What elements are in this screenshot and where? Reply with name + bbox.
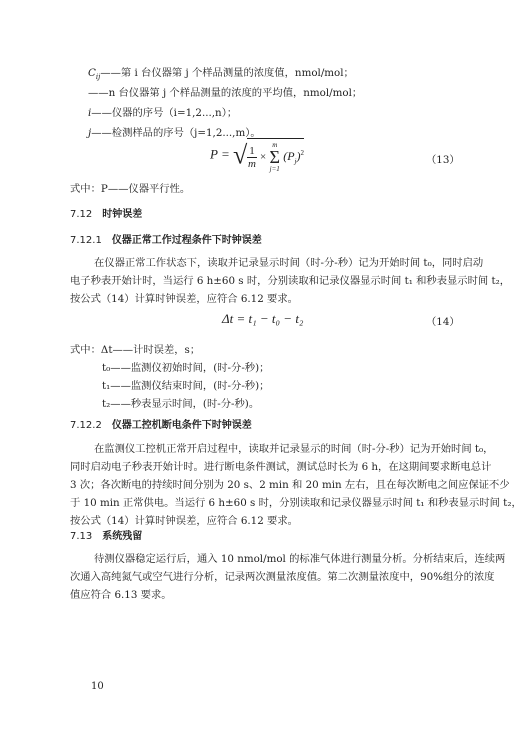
definition-t2: t₂——秒表显示时间，(时-分-秒)。	[102, 397, 259, 411]
heading-7-12-1: 7.12.1仪器正常工作过程条件下时钟误差	[70, 234, 262, 248]
page-number: 10	[91, 681, 104, 692]
paragraph-7-13-line: 值应符合 6.13 要求。	[70, 588, 172, 602]
paragraph-7-12-1-line: 在仪器正常工作状态下，读取并记录显示时间（时-分-秒）记为开始时间 t₀，同时启…	[94, 256, 483, 270]
heading-7-12-2: 7.12.2仪器工控机断电条件下时钟误差	[70, 419, 252, 433]
paragraph-7-12-1-line: 电子秒表开始计时，当运行 6 h±60 s 时，分别读取和记录仪器显示时间 t₁…	[70, 274, 510, 288]
paragraph-7-13-line: 待测仪器稳定运行后，通入 10 nmol/mol 的标准气体进行测量分析。分析结…	[94, 552, 505, 566]
paragraph-7-13-line: 次通入高纯氮气或空气进行分析，记录两次测量浓度值。第二次测量浓度中，90%组分的…	[70, 570, 494, 584]
paragraph-7-12-1-line: 按公式（14）计算时钟误差，应符合 6.12 要求。	[70, 292, 298, 306]
definition-i: i——仪器的序号（i=1,2...,n）；	[88, 106, 237, 120]
equation-number-13: （13）	[426, 151, 460, 166]
heading-7-12: 7.12时钟误差	[70, 208, 142, 222]
formula-13-where: 式中：P——仪器平行性。	[70, 182, 190, 196]
paragraph-7-12-2-line: 3 次；各次断电的持续时间分别为 20 s、2 min 和 20 min 左右，…	[70, 478, 510, 492]
paragraph-7-12-2-line: 按公式（14）计算时钟误差，应符合 6.12 要求。	[70, 514, 298, 528]
paragraph-7-12-2-line: 于 10 min 正常供电。当运行 6 h±60 s 时，分别读取和记录仪器显示…	[70, 496, 522, 510]
definition-cij: Cij——第 i 台仪器第 j 个样品测量的浓度值，nmol/mol；	[88, 66, 354, 84]
equation-number-14: （14）	[426, 313, 460, 328]
definition-t1: t₁——监测仪结束时间，(时-分-秒)；	[102, 379, 269, 393]
definition-mean: ——n 台仪器第 j 个样品测量的浓度的平均值，nmol/mol；	[88, 86, 362, 100]
definition-delta-t: 式中：Δt——计时误差，s；	[70, 343, 200, 357]
heading-7-13: 7.13系统残留	[70, 530, 142, 544]
paragraph-7-12-2-line: 同时启动电子秒表开始计时。进行断电条件测试，测试总时长为 6 h，在这期间要求断…	[70, 460, 491, 474]
definition-t0: t₀——监测仪初始时间，(时-分-秒)；	[102, 361, 269, 375]
document-page: Cij——第 i 台仪器第 j 个样品测量的浓度值，nmol/mol； ——n …	[0, 0, 523, 740]
paragraph-7-12-2-line: 在监测仪工控机正常开启过程中，读取并记录显示的时间（时-分-秒）记为开始时间 t…	[94, 442, 493, 456]
formula-13: P = √ 1m × mΣj=1 (Pj)2	[210, 138, 304, 173]
formula-14: Δt = t₁ − t₀ − t₂	[222, 311, 303, 327]
